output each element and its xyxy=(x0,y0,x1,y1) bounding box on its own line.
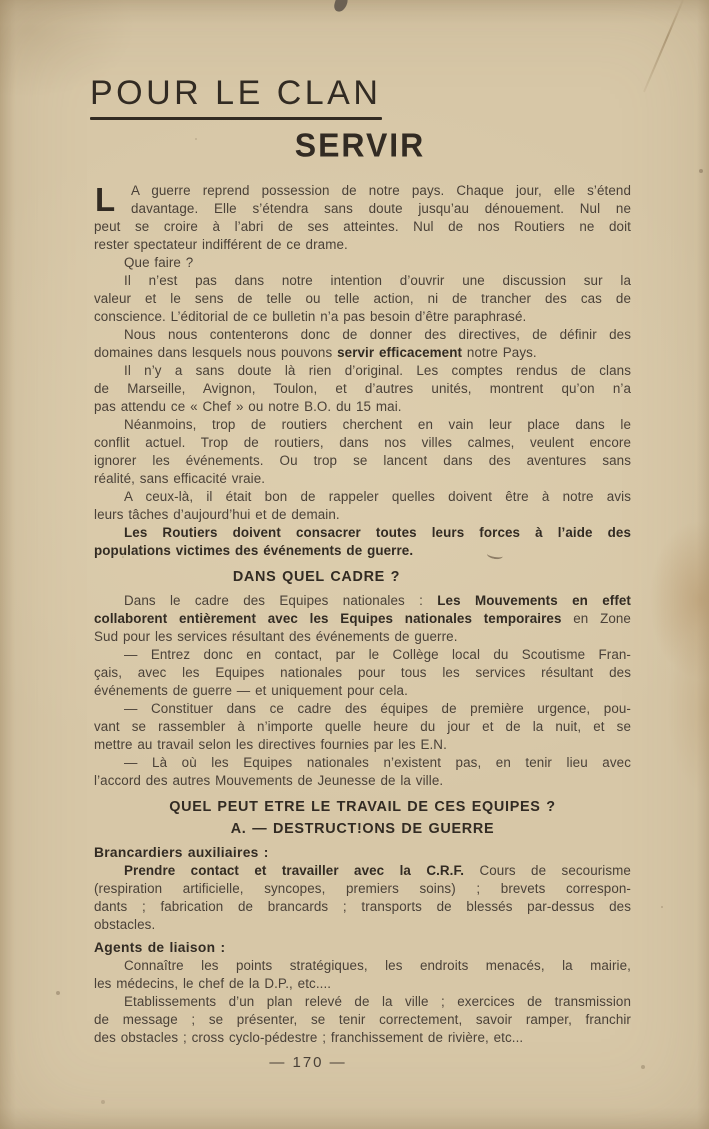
text-line: conscience. L’éditorial de ce bulletin n… xyxy=(94,308,631,326)
text-line: Il n’est pas dans notre intention d’ouvr… xyxy=(94,272,631,290)
text-line: l’accord des autres Mouvements de Jeunes… xyxy=(94,772,631,790)
text-line: domaines dans lesquels nous pouvons serv… xyxy=(94,344,631,362)
text-line: — Là où les Equipes nationales n’existen… xyxy=(94,754,631,772)
paper-crease xyxy=(643,0,684,92)
text-line: Prendre contact et travailler avec la C.… xyxy=(94,862,631,880)
paragraph-directives: Nous nous contenterons donc de donner de… xyxy=(94,326,631,362)
paragraph-que-faire: Que faire ? xyxy=(94,254,631,272)
text-line: vant se rassembler à n’importe quelle he… xyxy=(94,718,631,736)
text-line: Agents de liaison : xyxy=(94,939,631,957)
heading-travail-equipes: QUEL PEUT ETRE LE TRAVAIL DE CES EQUIPES… xyxy=(94,798,631,816)
text-line: Connaître les points stratégiques, les e… xyxy=(94,957,631,975)
text-line: leurs tâches d’aujourd’hui et de demain. xyxy=(94,506,631,524)
text-line: des obstacles ; cross cyclo-pédestre ; f… xyxy=(94,1029,631,1047)
text-line: Sud pour les services résultant des évén… xyxy=(94,628,631,646)
text-line: collaborent entièrement avec les Equipes… xyxy=(94,610,631,628)
text-line: de message ; se présenter, se tenir corr… xyxy=(94,1011,631,1029)
subheading-brancardiers: Brancardiers auxiliaires : xyxy=(94,844,631,862)
text-line: obstacles. xyxy=(94,916,631,934)
paragraph-taches: A ceux-là, il était bon de rappeler quel… xyxy=(94,488,631,524)
paragraph-la-ou: — Là où les Equipes nationales n’existen… xyxy=(94,754,631,790)
paragraph-plan-releve: Etablissements d’un plan relevé de la vi… xyxy=(94,993,631,1047)
text-line: Nous nous contenterons donc de donner de… xyxy=(94,326,631,344)
text-line: Que faire ? xyxy=(94,254,631,272)
page-subtitle: SERVIR xyxy=(90,126,630,164)
text-line: mettre au travail selon les directives f… xyxy=(94,736,631,754)
text-line: — Entrez donc en contact, par le Collège… xyxy=(94,646,631,664)
text-line: DANS QUEL CADRE ? xyxy=(48,568,585,586)
article-body: LA guerre reprend possession de notre pa… xyxy=(94,182,631,1047)
text-line: pas attendu ce « Chef » ou notre B.O. du… xyxy=(94,398,631,416)
text-line: Etablissements d’un plan relevé de la vi… xyxy=(94,993,631,1011)
text-line: A ceux-là, il était bon de rappeler quel… xyxy=(94,488,631,506)
text-line: valeur et le sens de telle ou telle acti… xyxy=(94,290,631,308)
paragraph-equipes-nationales: Dans le cadre des Equipes nationales : L… xyxy=(94,592,631,646)
text-line: Les Routiers doivent consacrer toutes le… xyxy=(94,524,631,542)
text-line: A. — DESTRUCT!ONS DE GUERRE xyxy=(94,820,631,838)
paragraph-entrez-en-contact: — Entrez donc en contact, par le Collège… xyxy=(94,646,631,700)
text-line: Brancardiers auxiliaires : xyxy=(94,844,631,862)
text-line: — Constituer dans ce cadre des équipes d… xyxy=(94,700,631,718)
page-number: — 170 — xyxy=(0,1054,616,1071)
text-line: les médecins, le chef de la D.P., etc...… xyxy=(94,975,631,993)
heading-dans-quel-cadre: DANS QUEL CADRE ? xyxy=(48,568,585,586)
page-title: POUR LE CLAN xyxy=(90,76,630,112)
text-line: Dans le cadre des Equipes nationales : L… xyxy=(94,592,631,610)
paragraph-routiers-bold: Les Routiers doivent consacrer toutes le… xyxy=(94,524,631,560)
text-line: peut se croire à l’abri de ses atteintes… xyxy=(94,218,631,236)
paragraph-neanmoins: Néanmoins, trop de routiers cherchent en… xyxy=(94,416,631,488)
text-line: événements de guerre — et uniquement pou… xyxy=(94,682,631,700)
intro-paragraph: LA guerre reprend possession de notre pa… xyxy=(94,182,631,254)
text-line: dants ; fabrication de brancards ; trans… xyxy=(94,898,631,916)
text-line: çais, avec les Equipes nationales pour t… xyxy=(94,664,631,682)
scanned-document-page: POUR LE CLAN SERVIR LA guerre reprend po… xyxy=(0,0,709,1129)
text-line: davantage. Elle s’étendra sans doute jus… xyxy=(131,200,631,218)
subheading-agents-liaison: Agents de liaison : xyxy=(94,939,631,957)
text-line: réalité, sans efficacité vraie. xyxy=(94,470,631,488)
title-underline xyxy=(90,117,382,120)
title-block: POUR LE CLAN SERVIR xyxy=(90,76,630,164)
text-line: Néanmoins, trop de routiers cherchent en… xyxy=(94,416,631,434)
text-line: populations victimes des événements de g… xyxy=(94,542,631,560)
paragraph-constituer: — Constituer dans ce cadre des équipes d… xyxy=(94,700,631,754)
text-line: Il n’y a sans doute là rien d’original. … xyxy=(94,362,631,380)
text-line: QUEL PEUT ETRE LE TRAVAIL DE CES EQUIPES… xyxy=(94,798,631,816)
text-line: conflit actuel. Trop de routiers, dans n… xyxy=(94,434,631,452)
paragraph-points-strategiques: Connaître les points stratégiques, les e… xyxy=(94,957,631,993)
ink-blot xyxy=(333,0,349,13)
paragraph-crf: Prendre contact et travailler avec la C.… xyxy=(94,862,631,934)
heading-destructions: A. — DESTRUCT!ONS DE GUERRE xyxy=(94,820,631,838)
text-line: de Marseille, Avignon, Toulon, et d’autr… xyxy=(94,380,631,398)
paragraph-comptes-rendus: Il n’y a sans doute là rien d’original. … xyxy=(94,362,631,416)
text-line: (respiration artificielle, syncopes, pre… xyxy=(94,880,631,898)
drop-cap: L xyxy=(95,184,115,215)
paragraph-intention: Il n’est pas dans notre intention d’ouvr… xyxy=(94,272,631,326)
text-line: ignorer les événements. Ou trop se lance… xyxy=(94,452,631,470)
text-line: rester spectateur indifférent de ce dram… xyxy=(94,236,631,254)
text-line: A guerre reprend possession de notre pay… xyxy=(131,182,631,200)
